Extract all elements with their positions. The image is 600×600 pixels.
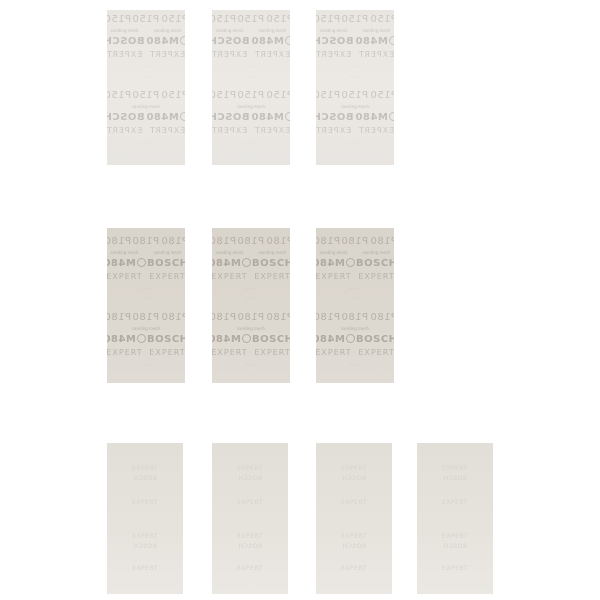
faint-print: EXPERT — [417, 465, 493, 472]
faint-print: EXPERT — [316, 565, 392, 572]
faint-print: EXPERT — [316, 499, 392, 506]
sanding-sheet-p150-3: P150P150P150 sanding meshsanding mesh BO… — [316, 10, 394, 165]
bosch-logo-icon — [389, 112, 394, 121]
brand-text: BOSCH — [356, 258, 394, 269]
print-band: P150P150P150 sanding mesh BOSCHM480 EXPE… — [316, 90, 394, 162]
sanding-sheet-p180-3: P180P180P180 sanding meshsanding mesh M4… — [316, 228, 394, 383]
print-band: P150P150P150 sanding meshsanding mesh BO… — [212, 14, 290, 86]
brand-text: BOSCH — [107, 36, 145, 47]
print-band: P180P180P180 sanding mesh M480BOSCH EXPE… — [316, 312, 394, 383]
brand-text: BOSCH — [212, 36, 250, 47]
sanding-sheet-p150-1: P150P150P150 sanding meshsanding mesh BO… — [107, 10, 185, 165]
faint-print: EXPERT — [107, 499, 183, 506]
print-band: P180P180P180 sanding mesh M480BOSCH EXPE… — [107, 312, 185, 383]
bosch-logo-icon — [242, 334, 251, 343]
faint-print: BOSCH — [212, 543, 288, 550]
print-band: P150P150P150 sanding meshsanding mesh BO… — [107, 14, 185, 86]
faint-print: EXPERT — [107, 533, 183, 540]
sanding-sheet-back-2: EXPERT BOSCH EXPERT EXPERT BOSCH EXPERT — [212, 443, 288, 594]
bosch-logo-icon — [180, 112, 185, 121]
sanding-sheet-back-1: EXPERT BOSCH EXPERT EXPERT BOSCH EXPERT — [107, 443, 183, 594]
faint-print: EXPERT — [107, 565, 183, 572]
print-band: P180P180P180 sanding meshsanding mesh M4… — [107, 236, 185, 308]
bosch-logo-icon — [137, 258, 146, 267]
brand-text: BOSCH — [252, 258, 290, 269]
bosch-logo-icon — [242, 258, 251, 267]
bosch-logo-icon — [285, 112, 290, 121]
sanding-sheet-back-4: EXPERT BOSCH EXPERT EXPERT BOSCH EXPERT — [417, 443, 493, 594]
sanding-sheet-p180-1: P180P180P180 sanding meshsanding mesh M4… — [107, 228, 185, 383]
faint-print: EXPERT — [212, 499, 288, 506]
bosch-logo-icon — [346, 258, 355, 267]
print-band: P150P150P150 sanding meshsanding mesh BO… — [316, 14, 394, 86]
faint-print: EXPERT — [107, 465, 183, 472]
faint-print: EXPERT — [212, 465, 288, 472]
brand-text: BOSCH — [316, 36, 354, 47]
print-band: P180P180P180 sanding meshsanding mesh M4… — [316, 236, 394, 308]
sanding-sheet-p150-2: P150P150P150 sanding meshsanding mesh BO… — [212, 10, 290, 165]
print-band: P180P180P180 sanding mesh M480BOSCH EXPE… — [212, 312, 290, 383]
faint-print: EXPERT — [212, 533, 288, 540]
brand-text: BOSCH — [147, 258, 185, 269]
bosch-logo-icon — [137, 334, 146, 343]
faint-print: BOSCH — [107, 475, 183, 482]
faint-print: BOSCH — [417, 543, 493, 550]
faint-print: BOSCH — [316, 475, 392, 482]
faint-print: EXPERT — [316, 533, 392, 540]
sanding-sheet-p180-2: P180P180P180 sanding meshsanding mesh M4… — [212, 228, 290, 383]
faint-print: BOSCH — [107, 543, 183, 550]
faint-print: BOSCH — [212, 475, 288, 482]
bosch-logo-icon — [389, 36, 394, 45]
faint-print: EXPERT — [212, 565, 288, 572]
print-band: P150P150P150 sanding mesh BOSCHM480 EXPE… — [107, 90, 185, 162]
faint-print: EXPERT — [316, 465, 392, 472]
faint-print: EXPERT — [417, 565, 493, 572]
faint-print: EXPERT — [417, 499, 493, 506]
sanding-sheet-back-3: EXPERT BOSCH EXPERT EXPERT BOSCH EXPERT — [316, 443, 392, 594]
bosch-logo-icon — [180, 36, 185, 45]
faint-print: BOSCH — [316, 543, 392, 550]
faint-print: BOSCH — [417, 475, 493, 482]
bosch-logo-icon — [285, 36, 290, 45]
faint-print: EXPERT — [417, 533, 493, 540]
print-band: P180P180P180 sanding meshsanding mesh M4… — [212, 236, 290, 308]
print-band: P150P150P150 sanding mesh BOSCHM480 EXPE… — [212, 90, 290, 162]
bosch-logo-icon — [346, 334, 355, 343]
